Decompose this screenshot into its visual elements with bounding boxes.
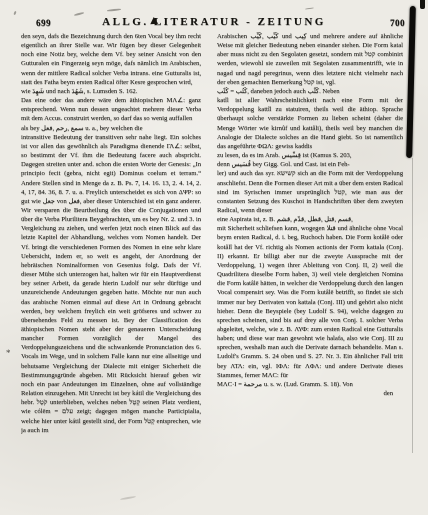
scan-corner-mark — [420, 0, 425, 9]
scan-gutter-line — [412, 158, 413, 453]
paragraph: den seyn, dafs die Bezeichnung durch den… — [21, 32, 201, 87]
scanned-journal-page: 699 ALLG. LITERATUR - ZEITUNG 700 den se… — [0, 0, 428, 515]
left-text-column: den seyn, dafs die Bezeichnung durch den… — [21, 32, 201, 508]
margin-asterisk: * — [6, 348, 11, 358]
citation-line: eine Aspirata ist, z. B. قسم ,قتل ,قطل ,… — [217, 215, 403, 224]
scan-smudge — [107, 8, 121, 11]
paragraph: intransitive Bedeutung der transitiven s… — [21, 133, 201, 435]
scan-smudge — [305, 7, 314, 10]
scan-gutter-shadow — [406, 6, 416, 158]
right-text-column: Arabischen كَيِّب ,كُيِّب und كِيب und m… — [217, 32, 403, 508]
paragraph: ler) und auch das syr. קשישא sich an die… — [217, 169, 403, 215]
citation-line: denn قُسَيس bey Gigg. Gol. und Cast. ist… — [217, 160, 403, 169]
citation-line: als bey سمع ,رحم ,فعل u. a., bey welchen… — [21, 124, 201, 133]
catchword: den — [217, 389, 403, 398]
paragraph: Das eine oder das andere wäre dem äthiop… — [21, 96, 201, 123]
scan-ink-blot — [150, 17, 158, 25]
right-column-number: 700 — [390, 18, 405, 28]
journal-header-title: ALLG. LITERATUR - ZEITUNG — [0, 16, 428, 28]
paragraph: mit Sicherheit schliefsen kann, wogegen … — [217, 224, 403, 380]
citation-line: كُتُب = كُتْب, daneben jedoch auch كُتَّ… — [217, 87, 403, 96]
scan-smudge — [13, 11, 16, 15]
citation-line: zu lesen, da es im Arab. قِسِّيس ist (Ka… — [217, 151, 403, 160]
paragraph: Arabischen كَيِّب ,كُيِّب und كِيب und m… — [217, 32, 403, 87]
citation-line: MΛC·I = مرحمة u. s. w. (Lud. Gramm. S. 1… — [217, 380, 403, 389]
citation-line: wie شَهِدَ und nach شَهُدَ, s. Lumsden S… — [21, 87, 201, 96]
paragraph: katîl ist aller Wahrscheinlichkeit nach … — [217, 96, 403, 151]
